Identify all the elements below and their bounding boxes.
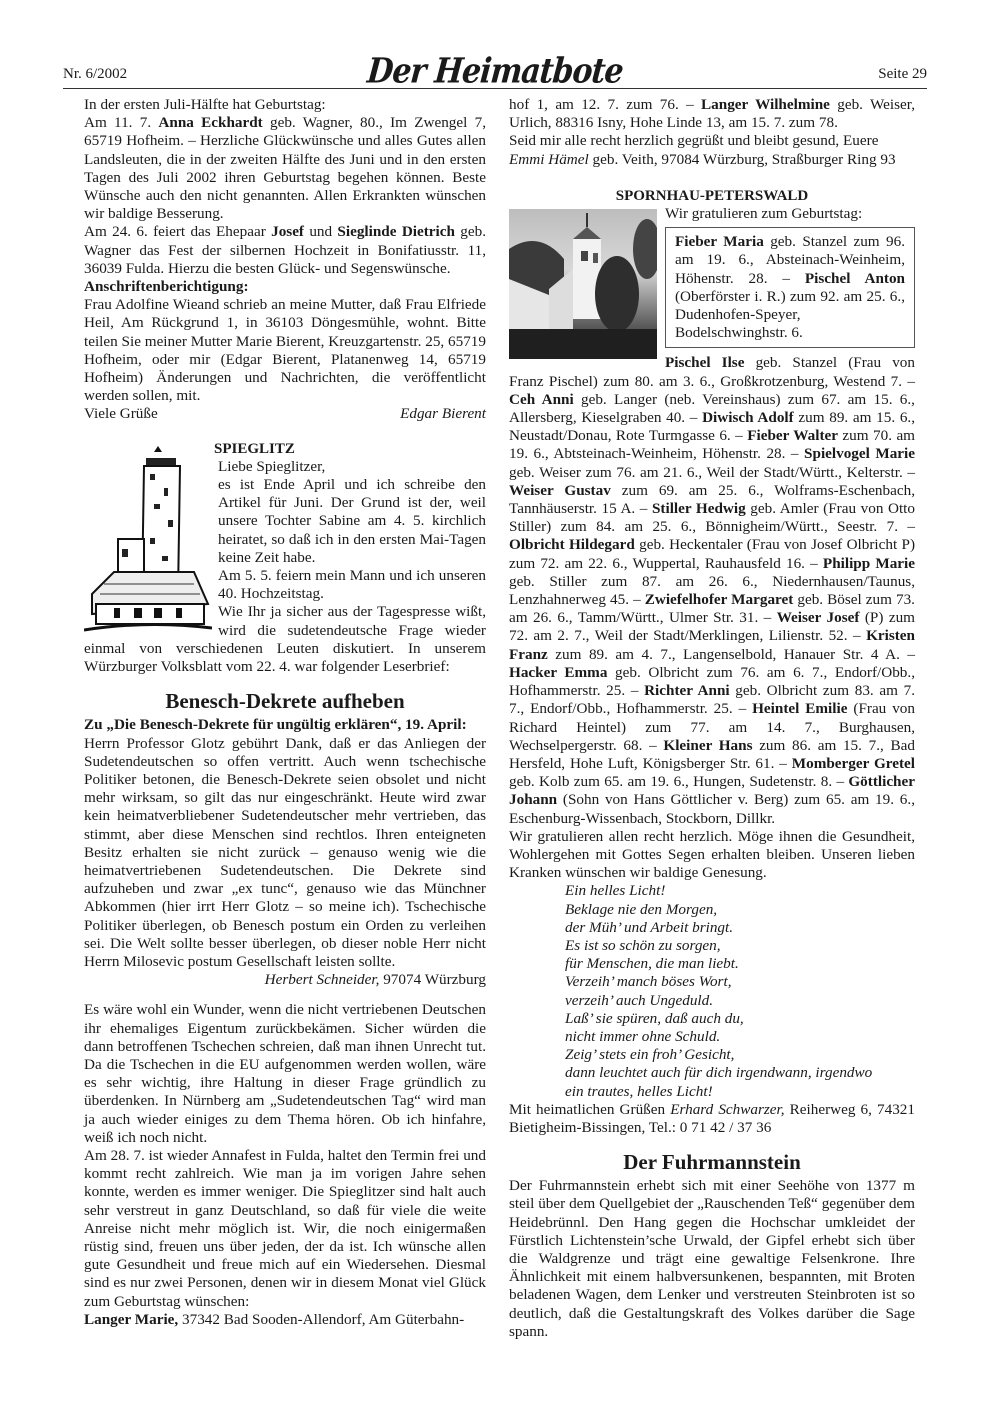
tower-illustration-icon: [84, 444, 212, 640]
closing-signature: Emmi Hämel geb. Veith, 97084 Würzburg, S…: [509, 151, 915, 169]
paragraph-wunder: Es wäre wohl ein Wunder, wenn die nicht …: [84, 1001, 486, 1147]
article-title-fuhrmannstein: Der Fuhrmannstein: [509, 1149, 915, 1175]
issue-number: Nr. 6/2002: [63, 66, 127, 83]
article-body-fuhrmannstein: Der Fuhrmannstein erhebt sich mit einer …: [509, 1177, 915, 1341]
greeting: Viele Grüße: [84, 405, 158, 423]
signature: Edgar Bierent: [400, 405, 486, 423]
right-column: hof 1, am 12. 7. zum 76. – Langer Wilhel…: [509, 96, 915, 1341]
signature-row: Viele Grüße Edgar Bierent: [84, 405, 486, 423]
section-title-spornhau: SPORNHAU-PETERSWALD: [509, 187, 915, 205]
signoff: Mit heimatlichen Grüßen Erhard Schwarzer…: [509, 1101, 915, 1137]
birthday-eckhardt: Am 11. 7. Anna Eckhardt geb. Wagner, 80.…: [84, 114, 486, 223]
correction-text: Frau Adolfine Wieand schrieb an meine Mu…: [84, 296, 486, 405]
page-header: Nr. 6/2002 Der Heimatbote Seite 29: [63, 58, 927, 89]
birthday-list: Pischel Ilse geb. Stanzel (Frau von Fran…: [509, 354, 915, 827]
left-column: In der ersten Juli-Hälfte hat Geburtstag…: [84, 96, 486, 1329]
article-title-benesch: Benesch-Dekrete aufheben: [84, 688, 486, 714]
article-subtitle-benesch: Zu „Die Benesch-Dekrete für ungültig erk…: [84, 716, 486, 734]
poem: Ein helles Licht!Beklage nie den Morgen,…: [565, 882, 915, 1100]
church-photo: [509, 209, 657, 359]
church-photo-icon: [509, 209, 657, 359]
paragraph-annafest: Am 28. 7. ist wieder Annafest in Fulda, …: [84, 1147, 486, 1311]
anniversary-dietrich: Am 24. 6. feiert das Ehepaar Josef und S…: [84, 223, 486, 278]
intro-line: In der ersten Juli-Hälfte hat Geburtstag…: [84, 96, 486, 114]
birthday-langer-marie: Langer Marie, 37342 Bad Sooden-Allendorf…: [84, 1311, 486, 1329]
article-body-benesch: Herrn Professor Glotz gebührt Dank, daß …: [84, 735, 486, 972]
article-author-benesch: Herbert Schneider, 97074 Würzburg: [84, 971, 486, 989]
spornhau-intro: Wir gratulieren zum Geburtstag:: [665, 205, 915, 223]
section-title-spieglitz: SPIEGLITZ: [214, 440, 486, 458]
correction-heading: Anschriftenberichtigung:: [84, 278, 486, 296]
page-number: Seite 29: [878, 66, 927, 83]
masthead-logo: Der Heimatbote: [366, 51, 625, 91]
closing-line: Seid mir alle recht herzlich gegrüßt und…: [509, 132, 915, 150]
birthday-continuation: hof 1, am 12. 7. zum 76. – Langer Wilhel…: [509, 96, 915, 132]
birthday-box: Fieber Maria geb. Stanzel zum 96. am 19.…: [665, 227, 915, 348]
wishes-paragraph: Wir gratulieren allen recht herzlich. Mö…: [509, 828, 915, 883]
